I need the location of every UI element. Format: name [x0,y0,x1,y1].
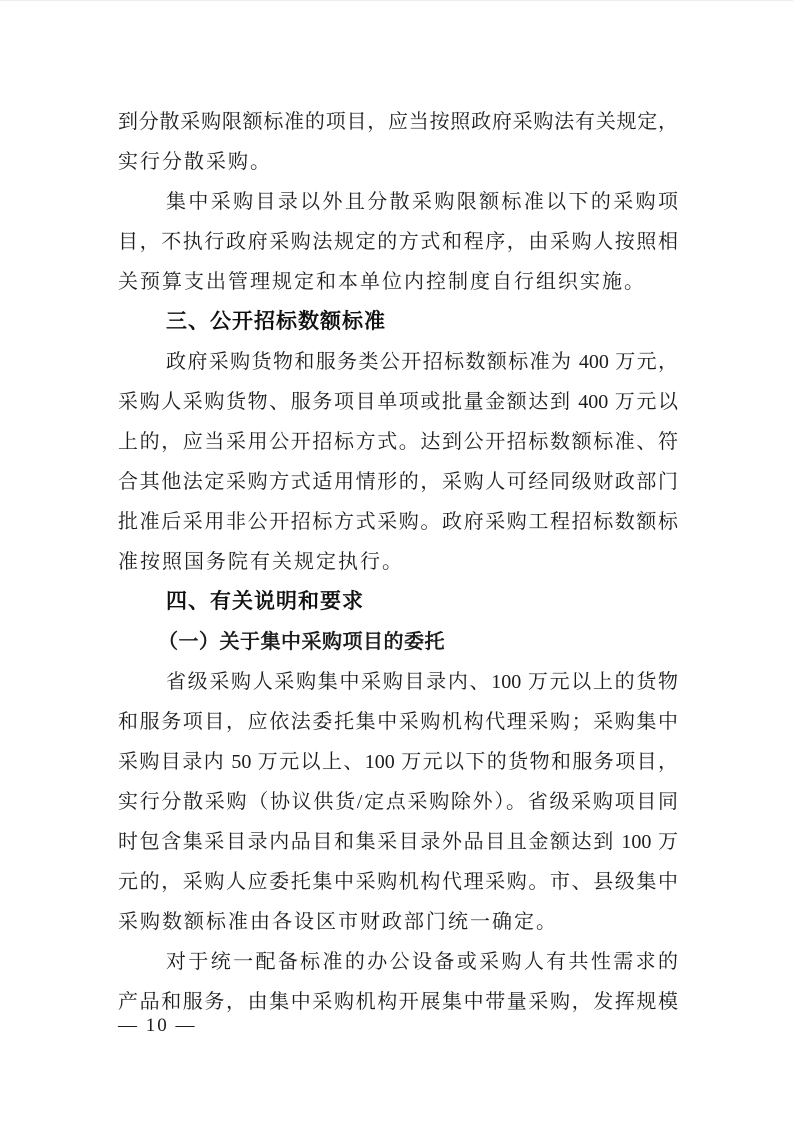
text-line: 实行分散采购。 [118,142,678,182]
section-heading: 四、有关说明和要求 [118,582,678,622]
text-line: 准按照国务院有关规定执行。 [118,542,678,582]
text-line: 到分散采购限额标准的项目，应当按照政府采购法有关规定， [118,102,678,142]
text-line: 上的，应当采用公开招标方式。达到公开招标数额标准、符 [118,422,678,462]
text-line: 采购数额标准由各设区市财政部门统一确定。 [118,902,678,942]
section-heading: 三、公开招标数额标准 [118,302,678,342]
text-line: 产品和服务，由集中采购机构开展集中带量采购，发挥规模 [118,982,678,1022]
text-line: 集中采购目录以外且分散采购限额标准以下的采购项 [118,182,678,222]
text-line: 和服务项目，应依法委托集中采购机构代理采购；采购集中 [118,702,678,742]
document-page: 到分散采购限额标准的项目，应当按照政府采购法有关规定，实行分散采购。集中采购目录… [0,0,793,1122]
text-line: 合其他法定采购方式适用情形的，采购人可经同级财政部门 [118,462,678,502]
text-line: 对于统一配备标准的办公设备或采购人有共性需求的 [118,942,678,982]
text-line: 关预算支出管理规定和本单位内控制度自行组织实施。 [118,262,678,302]
text-line: 批准后采用非公开招标方式采购。政府采购工程招标数额标 [118,502,678,542]
text-line: 省级采购人采购集中采购目录内、100 万元以上的货物 [118,662,678,702]
document-body: 到分散采购限额标准的项目，应当按照政府采购法有关规定，实行分散采购。集中采购目录… [118,102,678,1022]
sub-heading: （一）关于集中采购项目的委托 [118,622,678,662]
text-line: 元的，采购人应委托集中采购机构代理采购。市、县级集中 [118,862,678,902]
text-line: 目，不执行政府采购法规定的方式和程序，由采购人按照相 [118,222,678,262]
text-line: 采购目录内 50 万元以上、100 万元以下的货物和服务项目， [118,742,678,782]
text-line: 采购人采购货物、服务项目单项或批量金额达到 400 万元以 [118,382,678,422]
text-line: 时包含集采目录内品目和集采目录外品目且金额达到 100 万 [118,822,678,862]
page-number: — 10 — [118,1013,197,1039]
text-line: 实行分散采购（协议供货/定点采购除外）。省级采购项目同 [118,782,678,822]
text-line: 政府采购货物和服务类公开招标数额标准为 400 万元， [118,342,678,382]
